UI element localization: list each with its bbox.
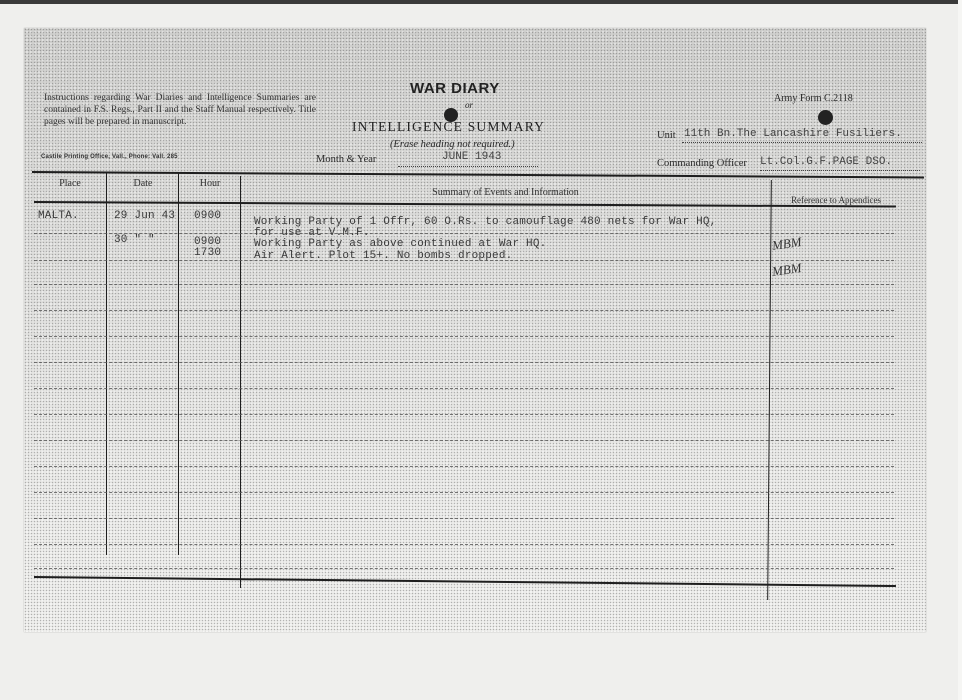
commanding-officer-value: Lt.Col.G.F.PAGE DSO. [760,156,892,168]
handwritten-initials: MBM [771,260,803,280]
column-divider [178,173,179,555]
column-header-reference: Reference to Appendices [771,195,901,205]
entry-date: 30 " " [114,234,155,246]
commanding-officer-label: Commanding Officer [657,158,747,169]
entry-hour: 1730 [194,247,221,259]
entry-summary: Working Party as above continued at War … [254,238,546,250]
column-header-hour: Hour [180,178,240,189]
column-header-date: Date [108,178,178,189]
scanner-edge-right [958,0,962,700]
entry-date: 29 Jun 43 [114,210,175,222]
scanner-edge [0,0,962,4]
unit-label: Unit [657,130,676,141]
form-subtitle: INTELLIGENCE SUMMARY [352,119,545,135]
instructions-text: Instructions regarding War Diaries and I… [44,92,316,128]
entry-summary: Air Alert. Plot 15+. No bombs dropped. [254,250,512,262]
title-or: or [465,100,473,110]
month-year-value: JUNE 1943 [442,151,501,163]
erase-note: (Erase heading not required.) [390,139,515,150]
column-divider [240,176,241,588]
column-header-place: Place [34,178,106,189]
month-year-label: Month & Year [316,154,376,165]
commanding-officer-dotline [760,170,920,171]
form-title: WAR DIARY [410,80,500,97]
printer-imprint: Castile Printing Office, Vall., Phone: V… [41,154,178,160]
unit-value: 11th Bn.The Lancashire Fusiliers. [684,128,902,140]
war-diary-page: Instructions regarding War Diaries and I… [24,28,926,632]
punch-hole-icon [818,110,833,125]
column-header-summary: Summary of Events and Information [242,187,769,198]
entry-place: MALTA. [38,210,79,222]
column-divider [106,173,107,555]
army-form-number: Army Form C.2118 [774,93,853,104]
table-header-rule [34,201,896,208]
handwritten-initials: MBM [771,234,803,254]
unit-dotline [682,142,922,143]
entry-hour: 0900 [194,210,221,222]
